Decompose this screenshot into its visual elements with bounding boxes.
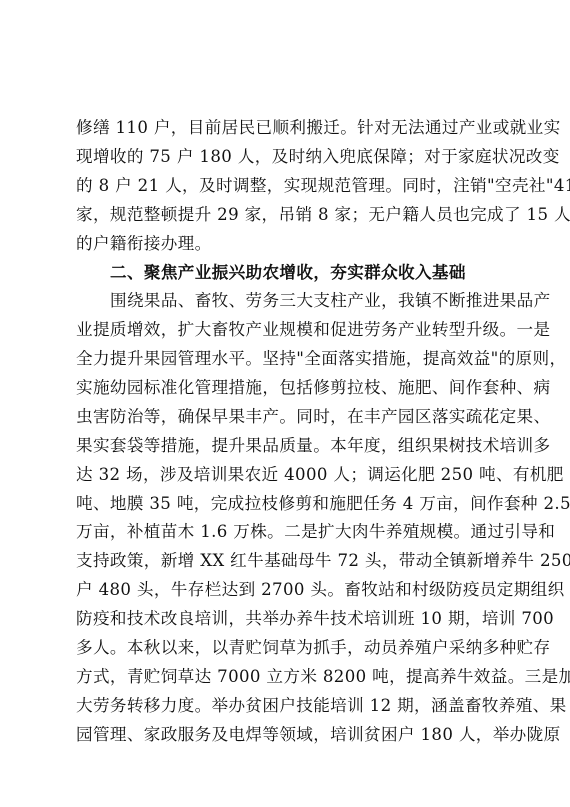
- paragraph-line: 吨、地膜 35 吨，完成拉枝修剪和施肥任务 4 万亩，间作套种 2.5: [76, 490, 496, 519]
- paragraph-line: 园管理、家政服务及电焊等领域，培训贫困户 180 人，举办陇原: [76, 721, 496, 750]
- document-page: 修缮 110 户，目前居民已顺利搬迁。针对无法通过产业或就业实 现增收的 75 …: [76, 114, 496, 750]
- paragraph-line: 的 8 户 21 人，及时调整，实现规范管理。同时，注销"空壳社"41: [76, 172, 496, 201]
- paragraph-line: 户 480 头，牛存栏达到 2700 头。畜牧站和村级防疫员定期组织: [76, 576, 496, 605]
- paragraph-line: 防疫和技术改良培训，共举办养牛技术培训班 10 期，培训 700: [76, 605, 496, 634]
- paragraph-line: 修缮 110 户，目前居民已顺利搬迁。针对无法通过产业或就业实: [76, 114, 496, 143]
- paragraph-line: 家，规范整顿提升 29 家，吊销 8 家；无户籍人员也完成了 15 人: [76, 201, 496, 230]
- paragraph-line: 万亩，补植苗木 1.6 万株。二是扩大肉牛养殖规模。通过引导和: [76, 518, 496, 547]
- paragraph-line: 多人。本秋以来，以青贮饲草为抓手，动员养殖户采纳多种贮存: [76, 634, 496, 663]
- paragraph-line: 果实套袋等措施，提升果品质量。本年度，组织果树技术培训多: [76, 432, 496, 461]
- paragraph-line: 实施幼园标准化管理措施，包括修剪拉枝、施肥、间作套种、病: [76, 374, 496, 403]
- paragraph-line: 支持政策，新增 XX 红牛基础母牛 72 头，带动全镇新增养牛 250: [76, 547, 496, 576]
- paragraph-line: 业提质增效，扩大畜牧产业规模和促进劳务产业转型升级。一是: [76, 316, 496, 345]
- paragraph-line: 达 32 场，涉及培训果农近 4000 人；调运化肥 250 吨、有机肥 290: [76, 461, 496, 490]
- paragraph-line: 全力提升果园管理水平。坚持"全面落实措施，提高效益"的原则，: [76, 345, 496, 374]
- paragraph-line: 虫害防治等，确保早果丰产。同时，在丰产园区落实疏花定果、: [76, 403, 496, 432]
- paragraph-line: 围绕果品、畜牧、劳务三大支柱产业，我镇不断推进果品产: [76, 287, 496, 316]
- paragraph-line: 现增收的 75 户 180 人，及时纳入兜底保障；对于家庭状况改变: [76, 143, 496, 172]
- paragraph-line: 大劳务转移力度。举办贫困户技能培训 12 期，涵盖畜牧养殖、果: [76, 692, 496, 721]
- paragraph-line: 方式，青贮饲草达 7000 立方米 8200 吨，提高养牛效益。三是加: [76, 663, 496, 692]
- paragraph-line: 的户籍衔接办理。: [76, 230, 496, 259]
- section-heading: 二、聚焦产业振兴助农增收，夯实群众收入基础: [76, 258, 496, 287]
